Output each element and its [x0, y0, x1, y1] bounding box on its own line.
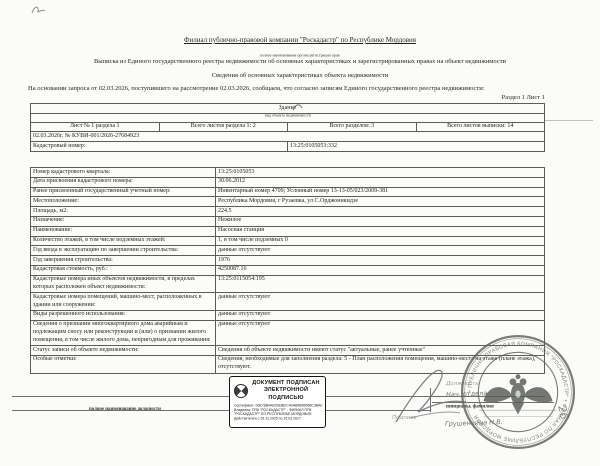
row-value: 1976 — [216, 256, 545, 266]
row-label: Кадастровые номера помещений, машино-мес… — [31, 293, 216, 311]
document-title: Выписка из Единого государственного реес… — [0, 58, 600, 66]
basis-line: На основании запроса от 02.03.2026, пост… — [28, 85, 573, 93]
row-label: Особые отметки: — [31, 355, 216, 373]
stamp-details: Сертификат: 00Е78В4А62083В2С40АВ9В8506ВС… — [234, 404, 321, 421]
table-row: Номер кадастрового квартала: 13:25:01050… — [31, 168, 545, 178]
row-value: 1, в том числе подземных 0 — [216, 236, 545, 246]
registration-authority-name: Филиал публично-правовой компании "Роска… — [0, 36, 600, 44]
handwritten-tick-mark — [292, 102, 304, 112]
row-label: Год ввода в эксплуатацию по завершении с… — [31, 246, 216, 256]
row-value: Нежилое — [216, 216, 545, 226]
doc-number: 02.03.2026г. № КУВИ-001/2026-27684923 — [31, 132, 545, 142]
row-label: Дата присвоения кадастрового номера: — [31, 177, 216, 187]
sheet-info-cell: Всего листов раздела 1: 2 — [159, 122, 288, 132]
table-row: Местоположение: Республика Мордовия, г Р… — [31, 197, 545, 207]
table-row: Ранее присвоенный государственный учетны… — [31, 187, 545, 197]
section-sheet-label: Раздел 1 Лист 1 — [400, 94, 545, 102]
object-type-value: Здание — [31, 104, 545, 114]
row-value: данные отсутствуют — [216, 246, 545, 256]
row-label: Количество этажей, в том числе подземных… — [31, 236, 216, 246]
table-row: Дата присвоения кадастрового номера: 30.… — [31, 177, 545, 187]
position-caption: полное наименование должности — [89, 407, 161, 412]
row-label: Год завершения строительства: — [31, 256, 216, 266]
table-row: Кадастровые номера помещений, машино-мес… — [31, 293, 545, 311]
cadastral-number-row: Кадастровый номер: 13:25:0105053:332 — [31, 142, 545, 152]
row-value: данные отсутствуют — [216, 310, 545, 320]
row-label: Наименование: — [31, 226, 216, 236]
row-label: Виды разрешенного использования: — [31, 310, 216, 320]
scanned-egrn-extract-page: Филиал публично-правовой компании "Роска… — [0, 0, 600, 466]
stamp-titles: ДОКУМЕНТ ПОДПИСАН ЭЛЕКТРОННОЙ ПОДПИСЬЮ — [251, 380, 321, 402]
document-subtitle: Сведения об основных характеристиках объ… — [0, 72, 600, 80]
table-row: Кадастровые номера иных объектов недвижи… — [31, 275, 545, 293]
position-caption-wrap: полное наименование должности — [35, 398, 215, 416]
object-type-caption-row: вид объекта недвижимости — [31, 113, 545, 122]
row-label: Площадь, м2: — [31, 207, 216, 217]
row-value: данные отсутствуют — [216, 293, 545, 311]
stamp-title-line2: ЭЛЕКТРОННОЙ ПОДПИСЬЮ — [251, 387, 321, 402]
stamp-header: ДОКУМЕНТ ПОДПИСАН ЭЛЕКТРОННОЙ ПОДПИСЬЮ — [234, 380, 321, 402]
row-label: Кадастровая стоимость, руб.: — [31, 265, 216, 275]
object-type-row: Здание — [31, 104, 545, 114]
handwritten-signature — [386, 358, 481, 433]
row-value: 13:25:0115054:195 — [216, 275, 545, 293]
stamp-validity: Действителен с 26.12.2025 по 15.03.2027 — [234, 417, 321, 421]
table-row: Наименование: Насосная станция — [31, 226, 545, 236]
object-type-caption: вид объекта недвижимости — [31, 113, 545, 122]
cadastral-number-label: Кадастровый номер: — [31, 142, 288, 152]
row-label: Местоположение: — [31, 197, 216, 207]
pen-scribble-mark — [30, 3, 48, 16]
row-value: 224.5 — [216, 207, 545, 217]
table-row: Год ввода в эксплуатацию по завершении с… — [31, 246, 545, 256]
table-row: Кадастровая стоимость, руб.: 4250087.16 — [31, 265, 545, 275]
table-row: Количество этажей, в том числе подземных… — [31, 236, 545, 246]
doc-number-row: 02.03.2026г. № КУВИ-001/2026-27684923 — [31, 132, 545, 142]
sheet-info-row: Лист № 1 раздела 1 Всего листов раздела … — [31, 122, 545, 132]
row-label: Ранее присвоенный государственный учетны… — [31, 187, 216, 197]
row-value: 13:25:0105053 — [216, 168, 545, 178]
row-label: Номер кадастрового квартала: — [31, 168, 216, 178]
sheet-info-cell: Лист № 1 раздела 1 — [31, 122, 160, 132]
row-label: Статус записи об объекте недвижимости: — [31, 346, 216, 356]
row-label: Кадастровые номера иных объектов недвижи… — [31, 275, 216, 293]
row-value: 4250087.16 — [216, 265, 545, 275]
row-value: 30.06.2012 — [216, 177, 545, 187]
object-header-table: Здание вид объекта недвижимости Лист № 1… — [30, 103, 545, 152]
table-row: Год завершения строительства: 1976 — [31, 256, 545, 266]
sheet-info-cell: Всего разделов: 3 — [288, 122, 417, 132]
row-label: Назначение: — [31, 216, 216, 226]
table-row: Площадь, м2: 224.5 — [31, 207, 545, 217]
scan-line-artifact — [545, 120, 593, 121]
digital-signature-stamp: ДОКУМЕНТ ПОДПИСАН ЭЛЕКТРОННОЙ ПОДПИСЬЮ С… — [229, 376, 326, 428]
table-row: Назначение: Нежилое — [31, 216, 545, 226]
row-value: Насосная станция — [216, 226, 545, 236]
cadastral-number-value: 13:25:0105053:332 — [288, 142, 545, 152]
row-value: Республика Мордовия, г Рузаевка, ул С.Ор… — [216, 197, 545, 207]
double-headed-eagle-emblem — [483, 374, 552, 414]
row-label: Сведения о признании многоквартирного до… — [31, 320, 216, 345]
sheet-info-cell: Всего листов выписки: 14 — [416, 122, 545, 132]
table-row: Виды разрешенного использования: данные … — [31, 310, 545, 320]
roskadastr-logo-icon — [234, 384, 248, 398]
row-value: Инвентарный номер 4709; Условный номер 1… — [216, 187, 545, 197]
